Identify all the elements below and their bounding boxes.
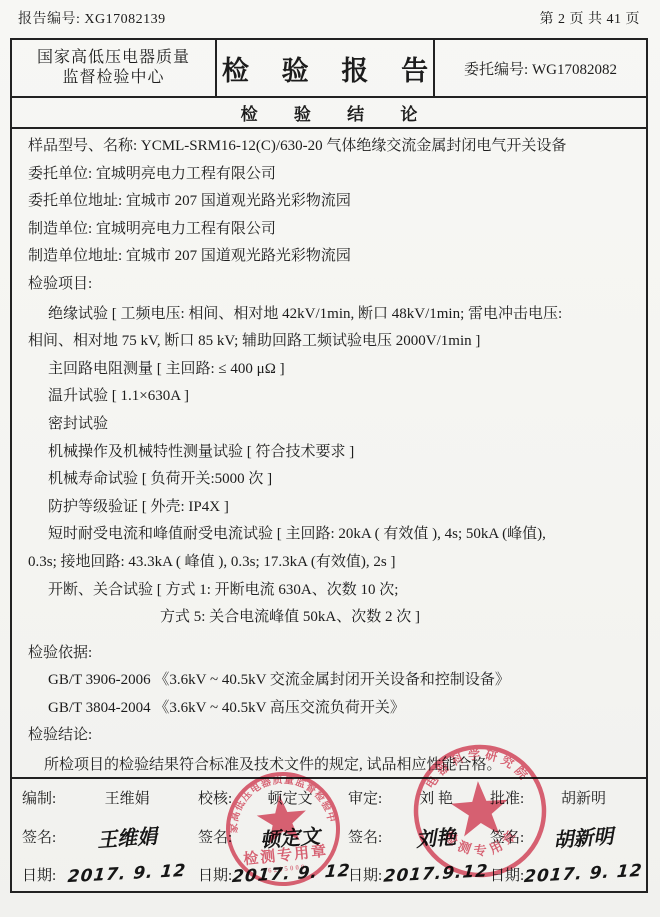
report-line: 短时耐受电流和峰值耐受电流试验 [ 主回路: 20kA ( 有效值 ), 4s;… bbox=[28, 521, 632, 549]
sign-label: 签名: bbox=[22, 826, 56, 847]
date-label: 日期: bbox=[198, 864, 232, 885]
signature-cell: 签名: 顿定文 bbox=[198, 816, 348, 857]
handwritten-signature: 顿定文 bbox=[231, 818, 349, 855]
report-title-cell: 检 验 报 告 bbox=[217, 40, 435, 96]
date-label: 日期: bbox=[348, 864, 382, 885]
report-line: 制造单位: 宜城明亮电力工程有限公司 bbox=[28, 216, 632, 244]
sign-label: 签名: bbox=[490, 826, 524, 847]
date-cell: 日期: 2017. 9. 12 bbox=[198, 857, 348, 891]
signoff-role-bianzhi: 编制: 王维娟 bbox=[22, 779, 198, 816]
report-line: 绝缘试验 [ 工频电压: 相间、相对地 42kV/1min, 断口 48kV/1… bbox=[28, 301, 632, 329]
report-line: 检验项目: bbox=[28, 271, 632, 299]
report-line: 相间、相对地 75 kV, 断口 85 kV; 辅助回路工频试验电压 2000V… bbox=[28, 328, 632, 356]
report-frame: 国家高低压电器质量 监督检验中心 检 验 报 告 委托编号: WG1708208… bbox=[10, 38, 648, 893]
report-line: 密封试验 bbox=[28, 411, 632, 439]
report-line: 所检项目的检验结果符合标准及技术文件的规定, 试品相应性能合格。 bbox=[28, 752, 632, 777]
report-line: GB/T 3906-2006 《3.6kV ~ 40.5kV 交流金属封闭开关设… bbox=[28, 667, 632, 695]
report-number: 报告编号: XG17082139 bbox=[18, 8, 166, 28]
report-line: 开断、关合试验 [ 方式 1: 开断电流 630A、次数 10 次; bbox=[28, 577, 632, 605]
org-name-line2: 监督检验中心 bbox=[62, 68, 164, 88]
signoff-role-jiaohe: 校核: 顿定文 bbox=[198, 779, 348, 816]
role-name: 顿定文 bbox=[232, 787, 348, 808]
role-label: 编制: bbox=[22, 787, 56, 808]
commission-number: 委托编号: WG17082082 bbox=[435, 40, 646, 96]
role-label: 批准: bbox=[490, 787, 524, 808]
report-line: 主回路电阻测量 [ 主回路: ≤ 400 μΩ ] bbox=[28, 356, 632, 384]
org-name: 国家高低压电器质量 监督检验中心 bbox=[12, 40, 217, 96]
role-name: 刘 艳 bbox=[382, 787, 490, 808]
report-line: 检验依据: bbox=[28, 640, 632, 668]
report-line: 样品型号、名称: YCML-SRM16-12(C)/630-20 气体绝缘交流金… bbox=[28, 133, 632, 161]
date-cell: 日期: 2017. 9. 12 bbox=[490, 857, 643, 891]
signature-cell: 签名: 胡新明 bbox=[490, 816, 643, 857]
report-body: 样品型号、名称: YCML-SRM16-12(C)/630-20 气体绝缘交流金… bbox=[12, 129, 646, 777]
handwritten-signature: 王维娟 bbox=[55, 817, 199, 856]
section-title: 检 验 结 论 bbox=[12, 98, 646, 129]
role-label: 审定: bbox=[348, 787, 382, 808]
page-meta-row: 报告编号: XG17082139 第 2 页 共 41 页 bbox=[18, 8, 640, 28]
signoff-role-pizhun: 批准: 胡新明 bbox=[490, 779, 643, 816]
signoff-role-shending: 审定: 刘 艳 bbox=[348, 779, 490, 816]
role-label: 校核: bbox=[198, 787, 232, 808]
report-line: 机械寿命试验 [ 负荷开关:5000 次 ] bbox=[28, 466, 632, 494]
signoff-table: 编制: 王维娟 校核: 顿定文 审定: 刘 艳 批准: 胡新明 签名: 王维娟 … bbox=[12, 777, 646, 891]
signature-cell: 签名: 刘艳 bbox=[348, 816, 490, 857]
sign-label: 签名: bbox=[348, 826, 382, 847]
handwritten-date: 2017. 9. 12 bbox=[231, 861, 351, 887]
date-cell: 日期: 2017. 9. 12 bbox=[22, 857, 198, 891]
page-indicator: 第 2 页 共 41 页 bbox=[540, 8, 641, 28]
sign-label: 签名: bbox=[198, 826, 232, 847]
report-line: 检验结论: bbox=[28, 722, 632, 750]
handwritten-date: 2017. 9. 12 bbox=[55, 860, 198, 888]
signature-cell: 签名: 王维娟 bbox=[22, 816, 198, 857]
report-header: 国家高低压电器质量 监督检验中心 检 验 报 告 委托编号: WG1708208… bbox=[12, 40, 646, 98]
handwritten-date: 2017.9.12 bbox=[381, 861, 490, 887]
report-line: 委托单位地址: 宜城市 207 国道观光路光彩物流园 bbox=[28, 188, 632, 216]
date-label: 日期: bbox=[490, 864, 524, 885]
report-line: 0.3s; 接地回路: 43.3kA ( 峰值 ), 0.3s; 17.3kA … bbox=[28, 549, 632, 577]
scanned-report-page: 报告编号: XG17082139 第 2 页 共 41 页 国家高低压电器质量 … bbox=[0, 0, 660, 917]
date-label: 日期: bbox=[22, 864, 56, 885]
role-name: 胡新明 bbox=[524, 787, 643, 808]
org-name-line1: 国家高低压电器质量 bbox=[37, 48, 190, 68]
report-line: 防护等级验证 [ 外壳: IP4X ] bbox=[28, 494, 632, 522]
report-line: 制造单位地址: 宜城市 207 国道观光路光彩物流园 bbox=[28, 243, 632, 271]
report-title: 检 验 报 告 bbox=[209, 49, 441, 88]
handwritten-signature: 胡新明 bbox=[523, 818, 643, 855]
handwritten-signature: 刘艳 bbox=[381, 818, 491, 854]
report-line: 温升试验 [ 1.1×630A ] bbox=[28, 383, 632, 411]
report-line: 委托单位: 宜城明亮电力工程有限公司 bbox=[28, 161, 632, 189]
role-name: 王维娟 bbox=[56, 787, 198, 808]
report-line: GB/T 3804-2004 《3.6kV ~ 40.5kV 高压交流负荷开关》 bbox=[28, 695, 632, 723]
report-line: 方式 5: 关合电流峰值 50kA、次数 2 次 ] bbox=[28, 604, 632, 632]
handwritten-date: 2017. 9. 12 bbox=[523, 861, 643, 887]
date-cell: 日期: 2017.9.12 bbox=[348, 857, 490, 891]
report-line: 机械操作及机械特性测量试验 [ 符合技术要求 ] bbox=[28, 439, 632, 467]
